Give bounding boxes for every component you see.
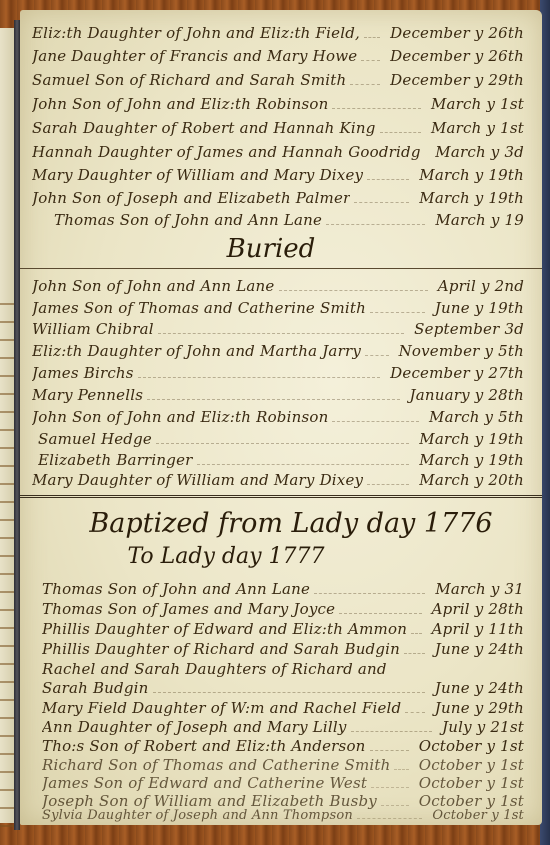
dash-leader	[365, 355, 389, 356]
entry-date: April y 28th	[426, 600, 524, 618]
entry-date: November y 5th	[393, 342, 524, 360]
dash-leader	[354, 202, 409, 203]
dash-leader	[405, 712, 424, 713]
entry-date: April y 11th	[426, 620, 524, 638]
dash-leader	[404, 653, 425, 654]
entry-date: April y 2nd	[432, 277, 524, 295]
entry-text: Thomas Son of John and Ann Lane	[54, 211, 322, 229]
register-entry: Samuel Son of Richard and Sarah SmithDec…	[32, 71, 524, 89]
entry-date: March y 3d	[429, 143, 524, 161]
entry-text: Ann Daughter of Joseph and Mary Lilly	[42, 718, 347, 736]
entry-date: March y 19th	[413, 430, 524, 448]
section-divider	[20, 495, 542, 498]
baptized-heading: Baptized from Lady day 1776	[40, 508, 542, 539]
register-entry: Mary PennellsJanuary y 28th	[32, 386, 524, 404]
baptized-subheading: To Lady day 1777	[0, 544, 542, 569]
entry-text: Sarah Daughter of Robert and Hannah King	[32, 119, 376, 137]
entry-text: Sylvia Daughter of Joseph and Ann Thomps…	[42, 808, 353, 823]
entry-date: March y 1st	[425, 95, 524, 113]
entry-text: William Chibral	[32, 320, 154, 338]
entry-text: James Birchs	[32, 364, 134, 382]
entry-text: Phillis Daughter of Edward and Eliz:th A…	[42, 620, 407, 638]
entry-date: December y 29th	[384, 71, 524, 89]
register-entry: John Son of John and Ann LaneApril y 2nd	[32, 277, 524, 295]
register-entry: James Son of Edward and Catherine WestOc…	[42, 774, 524, 792]
entry-date: March y 19	[429, 211, 524, 229]
entry-text: Eliz:th Daughter of John and Eliz:th Fie…	[32, 24, 360, 42]
register-entry: James BirchsDecember y 27th	[32, 364, 524, 382]
entry-text: Mary Field Daughter of W:m and Rachel Fi…	[42, 699, 401, 717]
dash-leader	[326, 224, 425, 225]
register-entry: Ann Daughter of Joseph and Mary LillyJul…	[42, 718, 524, 736]
dash-leader	[370, 750, 409, 751]
register-entry: Phillis Daughter of Edward and Eliz:th A…	[42, 620, 524, 638]
entry-text: Richard Son of Thomas and Catherine Smit…	[42, 756, 390, 774]
buried-heading: Buried	[0, 234, 542, 264]
entry-date: October y 1st	[426, 808, 524, 823]
dash-leader	[411, 633, 422, 634]
dash-leader	[394, 769, 408, 770]
register-entry: Mary Daughter of William and Mary DixeyM…	[32, 471, 524, 489]
entry-text: Tho:s Son of Robert and Eliz:th Anderson	[42, 737, 366, 755]
register-entry: Richard Son of Thomas and Catherine Smit…	[42, 756, 524, 774]
register-entry: Sarah Daughter of Robert and Hannah King…	[32, 119, 524, 137]
dash-leader	[332, 421, 419, 422]
register-entry: Elizabeth BarringerMarch y 19th	[38, 451, 524, 469]
entry-date: October y 1st	[413, 756, 524, 774]
register-entry: Rachel and Sarah Daughters of Richard an…	[42, 660, 524, 678]
dash-leader	[339, 613, 421, 614]
entry-date: January y 28th	[404, 386, 524, 404]
register-entry: John Son of John and Eliz:th RobinsonMar…	[32, 408, 524, 426]
entry-text: John Son of Joseph and Elizabeth Palmer	[32, 189, 350, 207]
register-entry: Sylvia Daughter of Joseph and Ann Thomps…	[42, 808, 524, 826]
dash-leader	[367, 179, 409, 180]
entry-date: March y 19th	[413, 451, 524, 469]
entry-date: March y 1st	[425, 119, 524, 137]
register-entry: Hannah Daughter of James and Hannah Good…	[32, 143, 524, 161]
entry-text: Mary Daughter of William and Mary Dixey	[32, 166, 363, 184]
entry-date: June y 24th	[429, 679, 524, 697]
dash-leader	[350, 84, 380, 85]
dash-leader	[371, 787, 409, 788]
dash-leader	[279, 290, 428, 291]
entry-date: December y 26th	[384, 47, 524, 65]
dash-leader	[197, 464, 410, 465]
register-entry: Eliz:th Daughter of John and Martha Jarr…	[32, 342, 524, 360]
entry-text: Mary Pennells	[32, 386, 143, 404]
dash-leader	[367, 484, 409, 485]
entry-text: John Son of John and Eliz:th Robinson	[32, 408, 328, 426]
dash-leader	[314, 593, 425, 594]
entry-text: Mary Daughter of William and Mary Dixey	[32, 471, 363, 489]
entry-text: James Son of Thomas and Catherine Smith	[32, 299, 366, 317]
register-entry: John Son of Joseph and Elizabeth PalmerM…	[32, 189, 524, 207]
entry-date: December y 26th	[384, 24, 524, 42]
register-entry: Mary Field Daughter of W:m and Rachel Fi…	[42, 699, 524, 717]
entry-date: October y 1st	[413, 737, 524, 755]
dash-leader	[380, 132, 421, 133]
dash-leader	[147, 399, 399, 400]
entry-date: March y 19th	[413, 189, 524, 207]
dash-leader	[357, 818, 422, 819]
entry-text: Rachel and Sarah Daughters of Richard an…	[42, 660, 387, 678]
dash-leader	[361, 60, 380, 61]
register-entry: Tho:s Son of Robert and Eliz:th Anderson…	[42, 737, 524, 755]
entry-date: March y 5th	[423, 408, 524, 426]
entry-text: James Son of Edward and Catherine West	[42, 774, 367, 792]
dash-leader	[351, 731, 432, 732]
register-entry: Thomas Son of James and Mary JoyceApril …	[42, 600, 524, 618]
entry-date: September 3d	[408, 320, 524, 338]
entry-text: Eliz:th Daughter of John and Martha Jarr…	[32, 342, 361, 360]
entry-text: Phillis Daughter of Richard and Sarah Bu…	[42, 640, 400, 658]
entry-text: Jane Daughter of Francis and Mary Howe	[32, 47, 357, 65]
register-entry: William ChibralSeptember 3d	[32, 320, 524, 338]
entry-text: John Son of John and Eliz:th Robinson	[32, 95, 328, 113]
dash-leader	[332, 108, 421, 109]
entry-text: Thomas Son of James and Mary Joyce	[42, 600, 335, 618]
entry-date: June y 19th	[429, 299, 524, 317]
register-entry: John Son of John and Eliz:th RobinsonMar…	[32, 95, 524, 113]
dash-leader	[138, 377, 380, 378]
dash-leader	[364, 37, 380, 38]
register-entry: Eliz:th Daughter of John and Eliz:th Fie…	[32, 24, 524, 42]
register-entry: Thomas Son of John and Ann LaneMarch y 3…	[42, 580, 524, 598]
register-entry: Jane Daughter of Francis and Mary HoweDe…	[32, 47, 524, 65]
register-entry: Thomas Son of John and Ann LaneMarch y 1…	[54, 211, 524, 229]
register-entry: Phillis Daughter of Richard and Sarah Bu…	[42, 640, 524, 658]
dash-leader	[158, 333, 404, 334]
facing-page-edge	[0, 28, 15, 823]
entry-date: March y 20th	[413, 471, 524, 489]
entry-date: December y 27th	[384, 364, 524, 382]
entry-date: June y 24th	[429, 640, 524, 658]
dash-leader	[370, 312, 425, 313]
dash-leader	[381, 805, 409, 806]
entry-text: Samuel Son of Richard and Sarah Smith	[32, 71, 346, 89]
entry-text: John Son of John and Ann Lane	[32, 277, 275, 295]
entry-text: Sarah Budgin	[42, 679, 149, 697]
register-entry: Samuel HedgeMarch y 19th	[38, 430, 524, 448]
entry-text: Thomas Son of John and Ann Lane	[42, 580, 310, 598]
section-divider	[20, 268, 542, 269]
register-entry: Mary Daughter of William and Mary DixeyM…	[32, 166, 524, 184]
entry-text: Elizabeth Barringer	[38, 451, 193, 469]
entry-date: June y 29th	[429, 699, 524, 717]
entry-date: July y 21st	[436, 718, 524, 736]
entry-date: October y 1st	[413, 774, 524, 792]
entry-text: Hannah Daughter of James and Hannah Good…	[32, 143, 421, 161]
dash-leader	[153, 692, 425, 693]
register-entry: James Son of Thomas and Catherine SmithJ…	[32, 299, 524, 317]
entry-text: Samuel Hedge	[38, 430, 152, 448]
entry-date: March y 31	[429, 580, 524, 598]
register-page: Eliz:th Daughter of John and Eliz:th Fie…	[20, 10, 542, 825]
entry-date: March y 19th	[413, 166, 524, 184]
register-entry: Sarah BudginJune y 24th	[42, 679, 524, 697]
dash-leader	[156, 443, 409, 444]
